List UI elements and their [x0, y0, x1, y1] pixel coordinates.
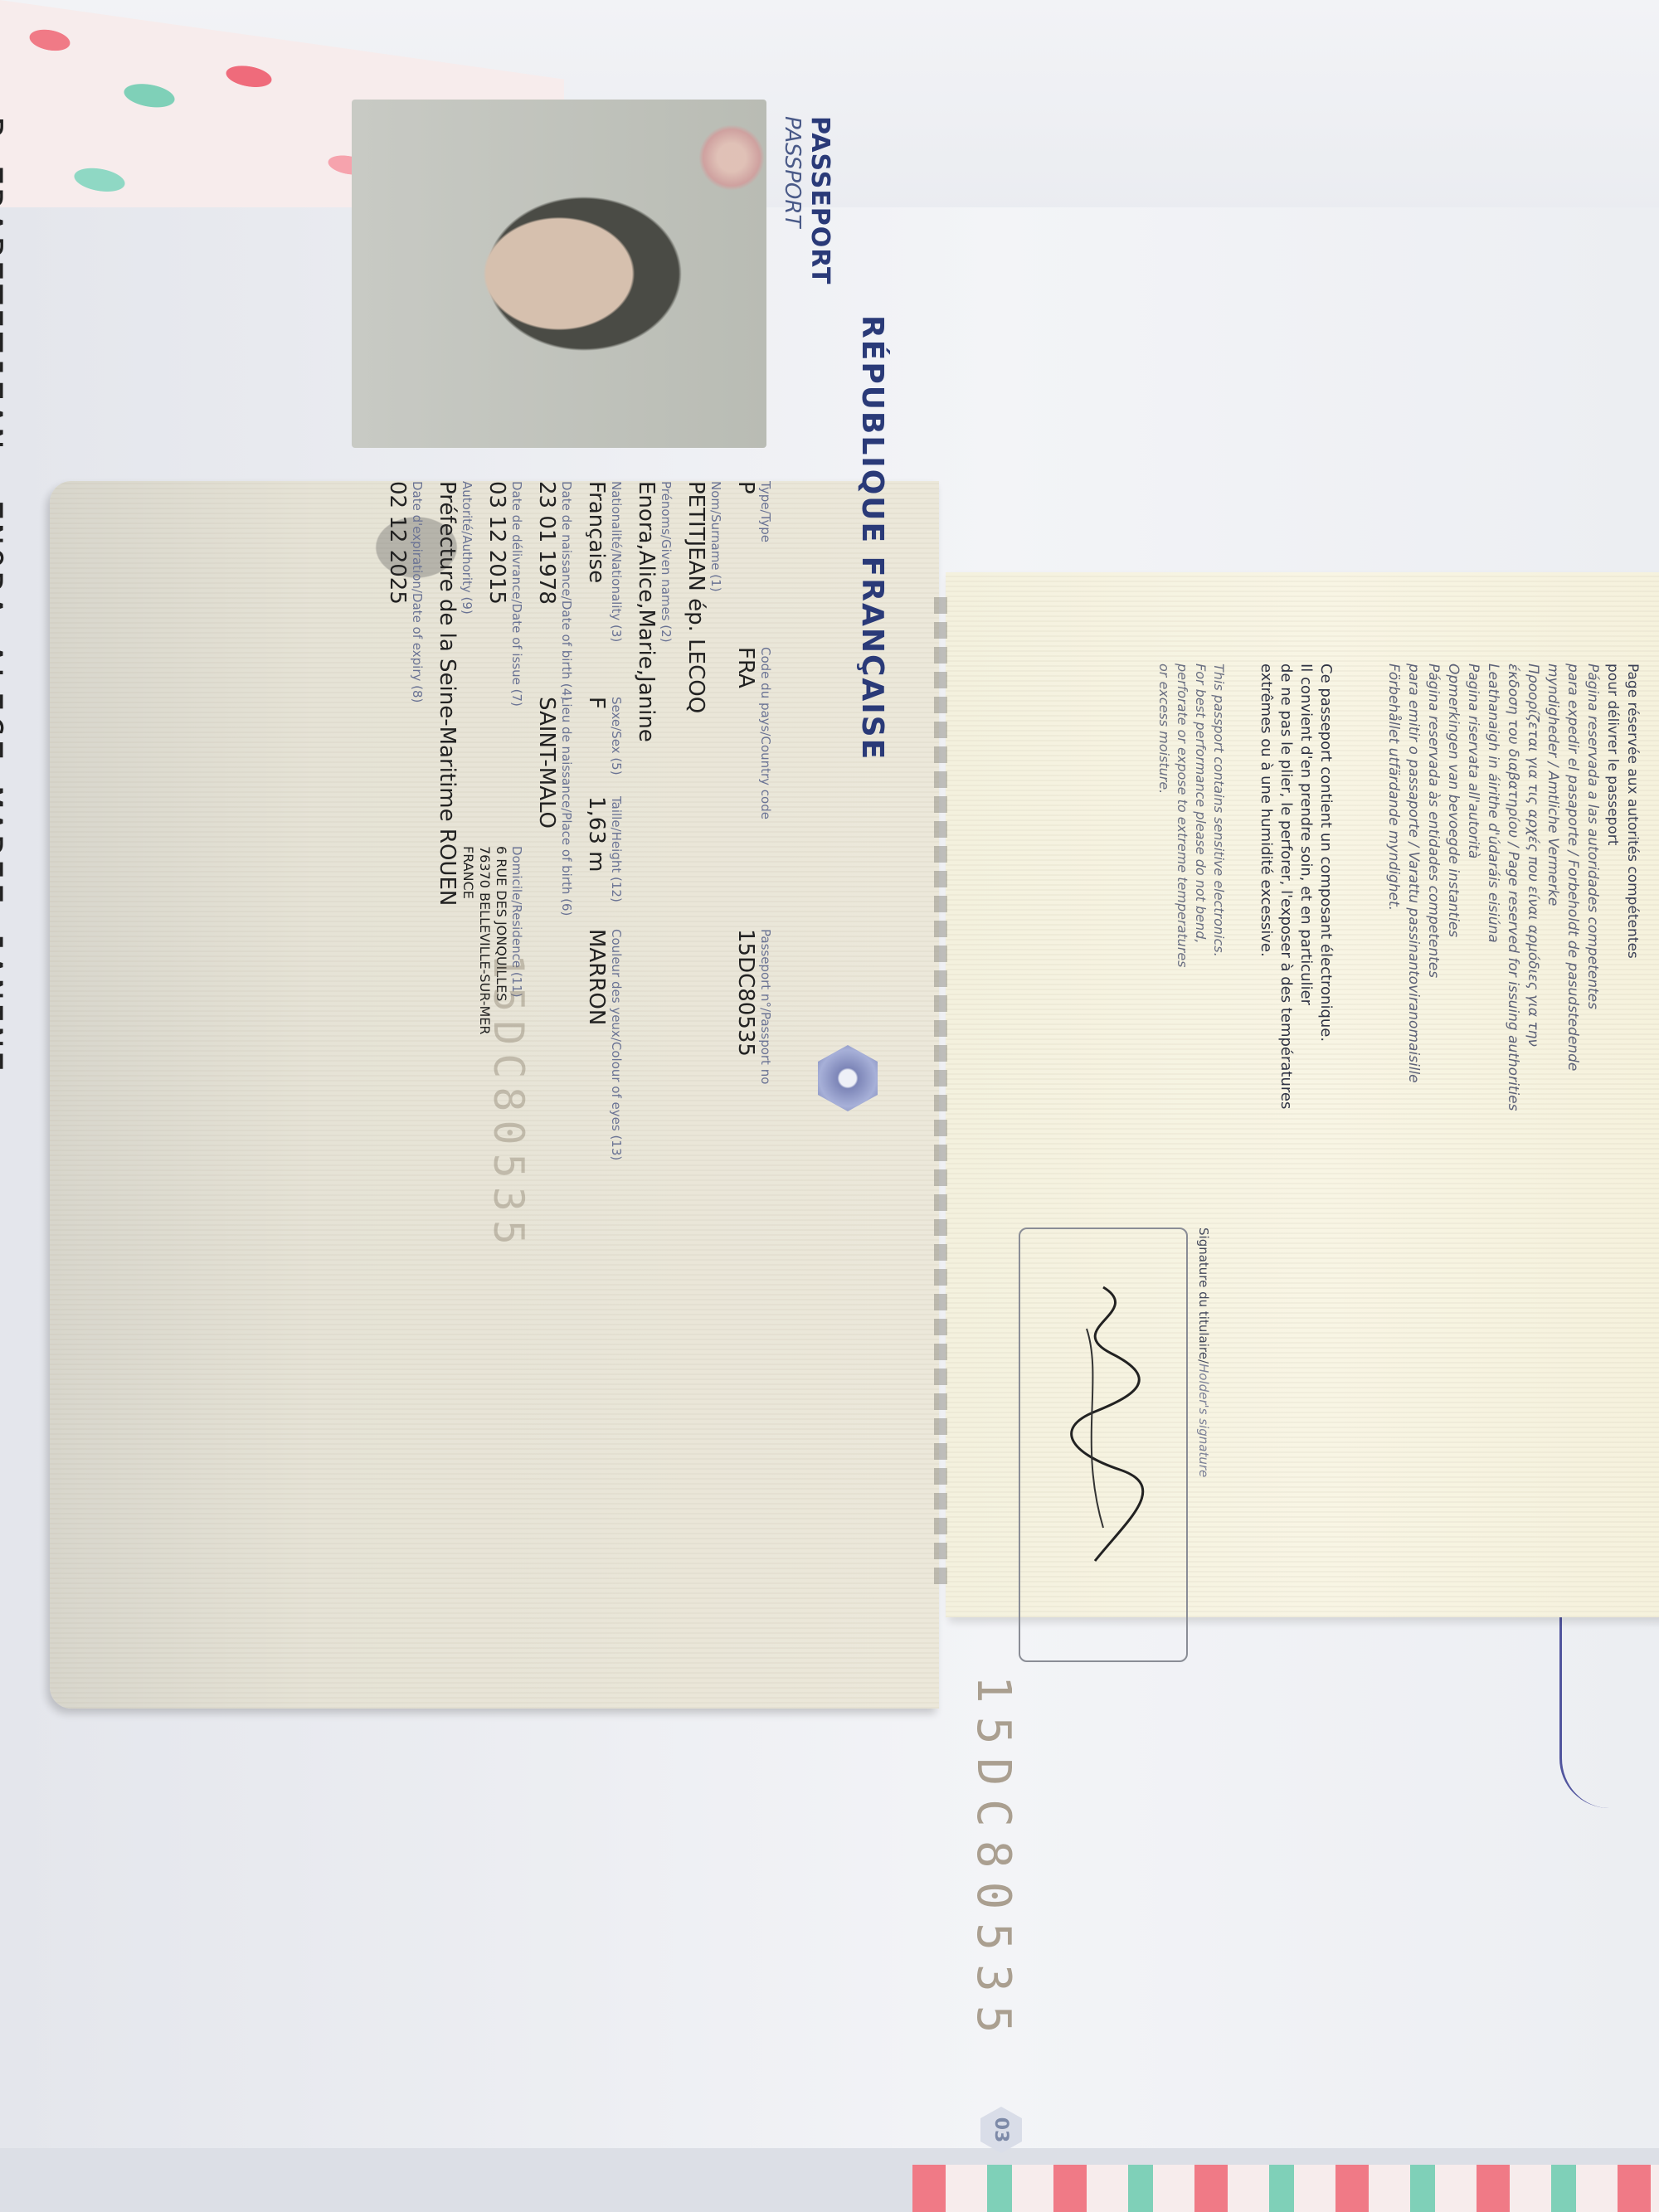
field-value-dob: 23 01 1978	[534, 481, 559, 605]
field-label-expiry_date: Date d'expiration/Date of expiry (8)	[410, 481, 425, 702]
electronic-notice-en: This passport contains sensitive electro…	[1155, 664, 1228, 1161]
doc-title: PASSEPORT	[805, 116, 834, 285]
field-label-height: Taille/Height (12)	[609, 796, 624, 902]
multi-line: myndigheder / Amtliche Vermerke	[1543, 664, 1563, 1244]
hologram-icon	[698, 124, 765, 191]
multi-line: Página reservada às entidades competente…	[1423, 664, 1443, 1244]
en-line: This passport contains sensitive electro…	[1209, 664, 1228, 1161]
fr-line: Il convient d'en prendre soin, et en par…	[1296, 664, 1316, 1327]
en-line: For best performance please do not bend,	[1191, 664, 1209, 1161]
field-value-surname: PETITJEAN ép. LECOQ	[684, 481, 708, 713]
field-value-expiry_date: 02 12 2025	[385, 481, 410, 605]
multi-line: Förbehållet utfärdande myndighet.	[1384, 664, 1404, 1244]
field-value-country_code: FRA	[733, 647, 758, 688]
multi-line: Página reservada a las autoridades compe…	[1583, 664, 1603, 1244]
mrz-line-1: P<FRAPETITJEAN<<ENORA<ALICE<MARIE<JANINE…	[0, 116, 27, 1170]
multi-line: Page réservée aux autorités compétentes	[1623, 664, 1642, 1244]
field-label-pob: Lieu de naissance/Place of birth (6)	[559, 697, 574, 916]
field-value-authority: Préfecture de la Seine-Maritime ROUEN	[435, 481, 460, 906]
field-label-dob: Date de naissance/Date of birth (4)	[559, 481, 574, 701]
multi-line: Pagina riservata all'autorità	[1463, 664, 1483, 1244]
multi-line: para emitir o passaporte / Varattu passi…	[1404, 664, 1423, 1244]
en-line: or excess moisture.	[1155, 664, 1173, 1161]
fr-line: extrêmes ou à une humidité excessive.	[1256, 664, 1276, 1327]
field-value-passport_no: 15DC80535	[733, 929, 758, 1057]
fr-line: de ne pas le plier, le perforer, l'expos…	[1276, 664, 1296, 1327]
field-label-surname: Nom/Surname (1)	[708, 481, 723, 592]
republic-seal-icon	[815, 1045, 881, 1111]
background-fabric-bottom	[912, 2165, 1659, 2212]
multi-line: para expedir el pasaporte / Forbeholdt d…	[1563, 664, 1583, 1244]
data-page-content: RÉPUBLIQUE FRANÇAISE PASSEPORT PASSPORT …	[27, 116, 889, 1178]
en-line: perforate or expose to extreme temperatu…	[1173, 664, 1191, 1161]
multi-line: Προορίζεται για τις αρχές που είναι αρμό…	[1523, 664, 1543, 1244]
country-header: RÉPUBLIQUE FRANÇAISE	[855, 315, 889, 761]
field-value-sex: F	[584, 697, 609, 709]
multilingual-notice: Page réservée aux autorités compétentesp…	[1384, 664, 1642, 1244]
field-label-passport_no: Passeport n°/Passport no	[758, 929, 773, 1084]
multi-line: Leathanaigh in áirithe d'údaráis eisiúna	[1483, 664, 1503, 1244]
field-value-height: 1,63 m	[584, 796, 609, 872]
perforated-number: 15DC80535	[484, 954, 533, 1253]
field-label-nationality: Nationalité/Nationality (3)	[609, 481, 624, 642]
field-label-country_code: Code du pays/Country code	[758, 647, 773, 819]
multi-line: έκδοση του διαβατηρίου / Page reserved f…	[1503, 664, 1523, 1244]
field-label-sex: Sexe/Sex (5)	[609, 697, 624, 775]
field-value-issue_date: 03 12 2015	[484, 481, 509, 605]
signature-area: Signature du titulaire/Holder's signatur…	[912, 1228, 1211, 1808]
signature-label: Signature du titulaire/Holder's signatur…	[1196, 1228, 1211, 1477]
field-value-pob: SAINT-MALO	[534, 697, 559, 829]
signature-ink-icon	[1053, 1279, 1153, 1578]
field-label-given_names: Prénoms/Given names (2)	[659, 481, 674, 643]
field-value-nationality: Française	[584, 481, 609, 583]
field-label-eye_colour: Couleur des yeux/Colour of eyes (13)	[609, 929, 624, 1160]
field-label-type: Type/Type	[758, 481, 773, 542]
multi-line: Opmerkingen van bevoegde instanties	[1443, 664, 1463, 1244]
electronic-notice-fr: Ce passeport contient un composant élect…	[1256, 664, 1335, 1327]
doc-title-en: PASSPORT	[780, 116, 805, 227]
fr-line: Ce passeport contient un composant élect…	[1316, 664, 1335, 1327]
perforated-number-right: 15DC80535	[966, 1675, 1020, 2046]
field-value-type: P	[733, 481, 758, 494]
field-label-authority: Autorité/Authority (9)	[460, 481, 474, 615]
field-value-eye_colour: MARRON	[584, 929, 609, 1025]
signature-box	[1019, 1228, 1188, 1662]
machine-readable-zone: P<FRAPETITJEAN<<ENORA<ALICE<MARIE<JANINE…	[0, 116, 176, 1170]
field-label-issue_date: Date de délivrance/Date of issue (7)	[509, 481, 524, 707]
multi-line: pour délivrer le passeport	[1603, 664, 1623, 1244]
field-value-given_names: Enora,Alice,Marie,Janine	[634, 481, 659, 742]
